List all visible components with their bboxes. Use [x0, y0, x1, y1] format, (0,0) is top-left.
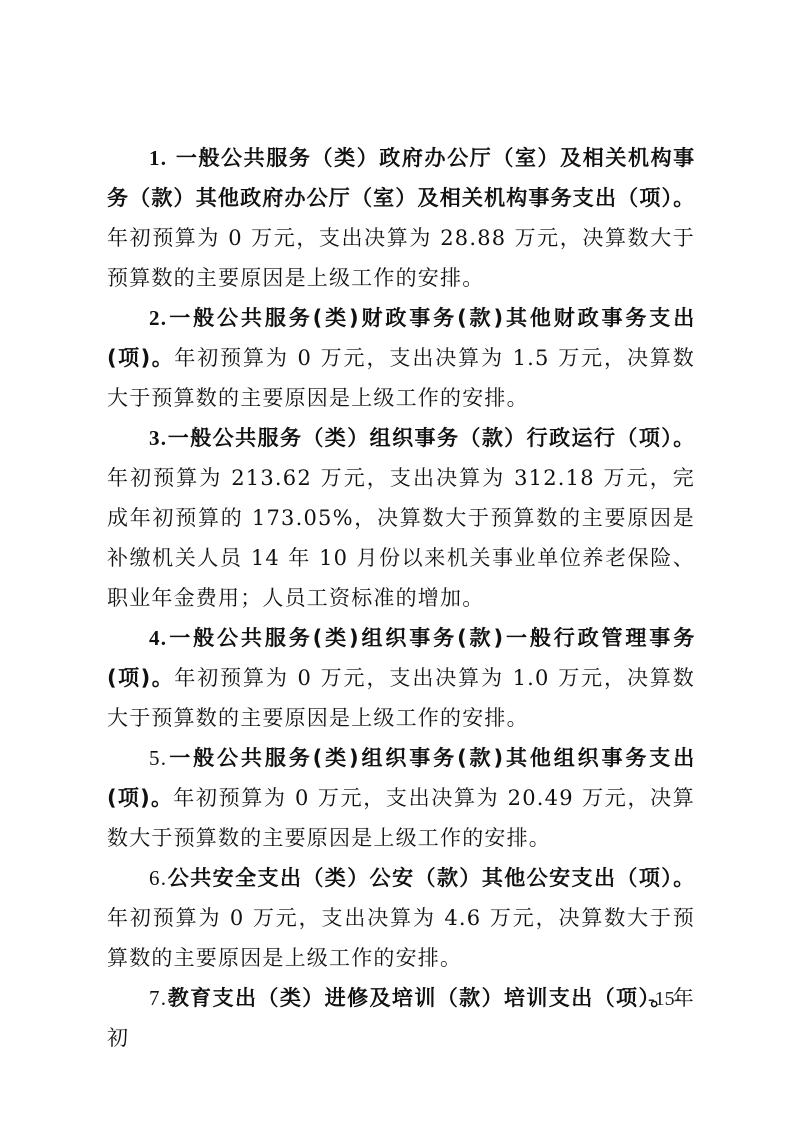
paragraph-5: 5.一般公共服务(类)组织事务(款)其他组织事务支出(项)。年初预算为 0 万元…: [107, 738, 695, 858]
paragraph-number: 5.: [149, 746, 167, 770]
paragraph-heading: 一般公共服务（类）组织事务（款）行政运行（项）。: [167, 426, 695, 450]
paragraph-7: 7.教育支出（类）进修及培训（款）培训支出（项）。年初: [107, 978, 695, 1058]
document-page: 1. 一般公共服务（类）政府办公厅（室）及相关机构事务（款）其他政府办公厅（室）…: [0, 0, 793, 1122]
paragraph-number: 4.: [149, 626, 167, 650]
paragraph-text: 年初预算为 0 万元，支出决算为 20.49 万元，决算数大于预算数的主要原因是…: [107, 786, 695, 850]
document-body: 1. 一般公共服务（类）政府办公厅（室）及相关机构事务（款）其他政府办公厅（室）…: [107, 138, 695, 1058]
paragraph-text: 年初预算为 0 万元，支出决算为 1.0 万元，决算数大于预算数的主要原因是上级…: [107, 666, 695, 730]
paragraph-text: 年初预算为 0 万元，支出决算为 28.88 万元，决算数大于预算数的主要原因是…: [107, 226, 695, 290]
paragraph-number: 3.: [149, 426, 167, 450]
paragraph-heading: 教育支出（类）进修及培训（款）培训支出（项）。: [167, 986, 673, 1010]
paragraph-3: 3.一般公共服务（类）组织事务（款）行政运行（项）。年初预算为 213.62 万…: [107, 418, 695, 618]
page-number: -15-: [648, 988, 681, 1011]
paragraph-2: 2.一般公共服务(类)财政事务(款)其他财政事务支出(项)。年初预算为 0 万元…: [107, 298, 695, 418]
paragraph-number: 7.: [149, 986, 167, 1010]
paragraph-heading: 公共安全支出（类）公安（款）其他公安支出（项）。: [167, 866, 695, 890]
paragraph-number: 1.: [149, 146, 167, 170]
paragraph-1: 1. 一般公共服务（类）政府办公厅（室）及相关机构事务（款）其他政府办公厅（室）…: [107, 138, 695, 298]
paragraph-4: 4.一般公共服务(类)组织事务(款)一般行政管理事务(项)。年初预算为 0 万元…: [107, 618, 695, 738]
paragraph-text: 年初预算为 0 万元，支出决算为 4.6 万元，决算数大于预算数的主要原因是上级…: [107, 906, 695, 970]
paragraph-text: 年初预算为 213.62 万元，支出决算为 312.18 万元，完成年初预算的 …: [107, 466, 695, 610]
paragraph-text: 年初预算为 0 万元，支出决算为 1.5 万元，决算数大于预算数的主要原因是上级…: [107, 346, 695, 410]
paragraph-6: 6.公共安全支出（类）公安（款）其他公安支出（项）。年初预算为 0 万元，支出决…: [107, 858, 695, 978]
paragraph-heading: 一般公共服务（类）政府办公厅（室）及相关机构事务（款）其他政府办公厅（室）及相关…: [107, 146, 695, 210]
paragraph-number: 6.: [149, 866, 167, 890]
paragraph-number: 2.: [149, 306, 167, 330]
